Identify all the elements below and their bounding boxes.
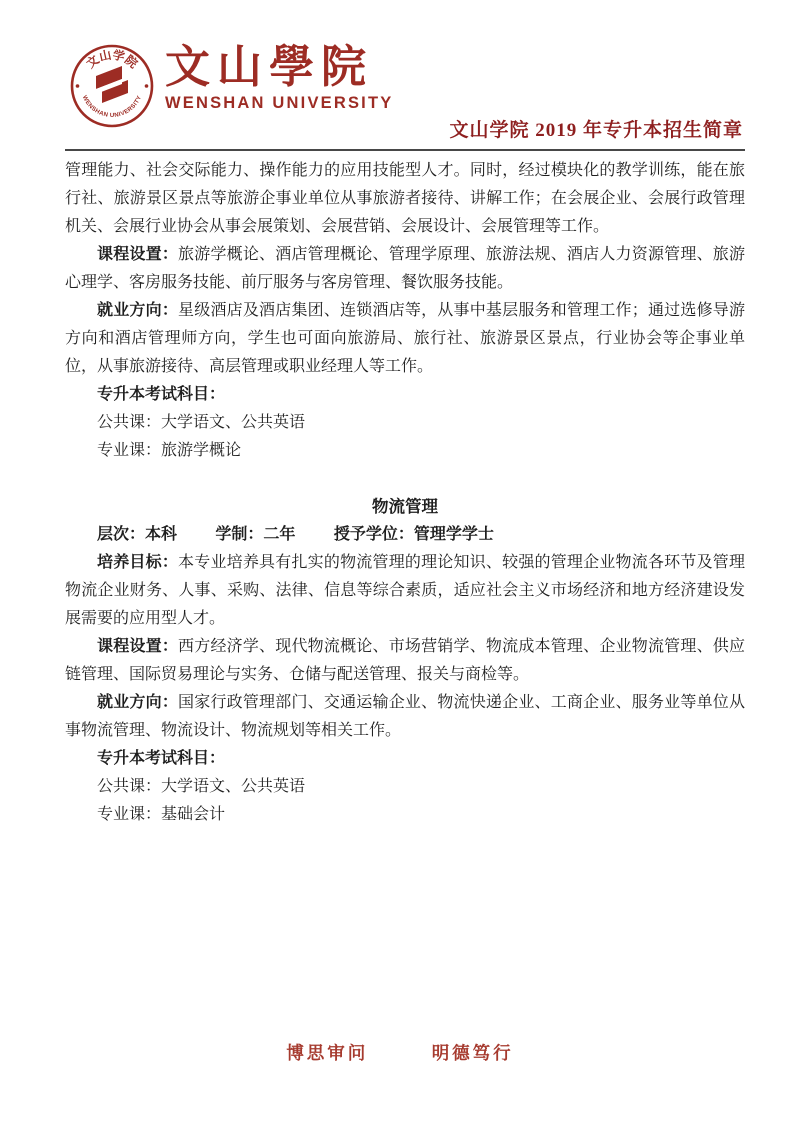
motto-left: 博思审问	[286, 1043, 368, 1063]
paragraph-employment: 就业方向：星级酒店及酒店集团、连锁酒店等，从事中基层服务和管理工作；通过选修导游…	[65, 297, 745, 381]
document-body: 管理能力、社会交际能力、操作能力的应用技能型人才。同时，经过模块化的教学训练，能…	[65, 157, 745, 829]
paragraph-courses: 课程设置：旅游学概论、酒店管理概论、管理学原理、旅游法规、酒店人力资源管理、旅游…	[65, 241, 745, 297]
public-courses-line: 公共课：大学语文、公共英语	[65, 773, 745, 801]
university-name-block: 文山學院 WENSHAN UNIVERSITY	[165, 44, 393, 113]
meta-duration: 学制：二年	[215, 526, 295, 543]
public-courses-line: 公共课：大学语文、公共英语	[65, 409, 745, 437]
paragraph-label: 培养目标：	[97, 554, 178, 571]
university-name-english: WENSHAN UNIVERSITY	[165, 94, 393, 113]
section-tourism-management: 管理能力、社会交际能力、操作能力的应用技能型人才。同时，经过模块化的教学训练，能…	[65, 157, 745, 465]
document-page: 文山学院 WENSHAN UNIVERSITY 文山學院 WENSHAN UNI…	[0, 0, 800, 1131]
seal-book-emblem-icon	[96, 66, 128, 103]
major-course-line: 专业课：基础会计	[65, 801, 745, 829]
paragraph-label: 课程设置：	[97, 638, 178, 655]
university-name-chinese: 文山學院	[165, 44, 393, 91]
motto-right: 明德笃行	[432, 1043, 514, 1063]
program-meta-line: 层次：本科学制：二年授予学位：管理学学士	[65, 521, 745, 549]
major-course-line: 专业课：旅游学概论	[65, 437, 745, 465]
paragraph-label: 课程设置：	[97, 246, 178, 263]
paragraph-employment: 就业方向：国家行政管理部门、交通运输企业、物流快递企业、工商企业、服务业等单位从…	[65, 689, 745, 745]
paragraph-courses: 课程设置：西方经济学、现代物流概论、市场营销学、物流成本管理、企业物流管理、供应…	[65, 633, 745, 689]
meta-degree: 授予学位：管理学学士	[334, 526, 494, 543]
page-header: 文山学院 WENSHAN UNIVERSITY 文山學院 WENSHAN UNI…	[65, 42, 745, 148]
meta-level: 层次：本科	[97, 526, 177, 543]
document-title: 文山学院 2019 年专升本招生简章	[449, 115, 743, 142]
university-seal-icon: 文山学院 WENSHAN UNIVERSITY	[69, 43, 155, 129]
exam-subjects-heading: 专升本考试科目：	[65, 381, 745, 409]
header-divider	[65, 149, 745, 151]
paragraph-objectives: 培养目标：本专业培养具有扎实的物流管理的理论知识、较强的管理企业物流各环节及管理…	[65, 549, 745, 633]
section-title: 物流管理	[65, 493, 745, 521]
paragraph-label: 就业方向：	[97, 694, 178, 711]
paragraph-continuation: 管理能力、社会交际能力、操作能力的应用技能型人才。同时，经过模块化的教学训练，能…	[65, 157, 745, 241]
section-logistics-management: 物流管理 层次：本科学制：二年授予学位：管理学学士 培养目标：本专业培养具有扎实…	[65, 493, 745, 829]
exam-subjects-heading: 专升本考试科目：	[65, 745, 745, 773]
paragraph-label: 就业方向：	[97, 302, 178, 319]
page-footer-motto: 博思审问 明德笃行	[0, 1040, 800, 1065]
